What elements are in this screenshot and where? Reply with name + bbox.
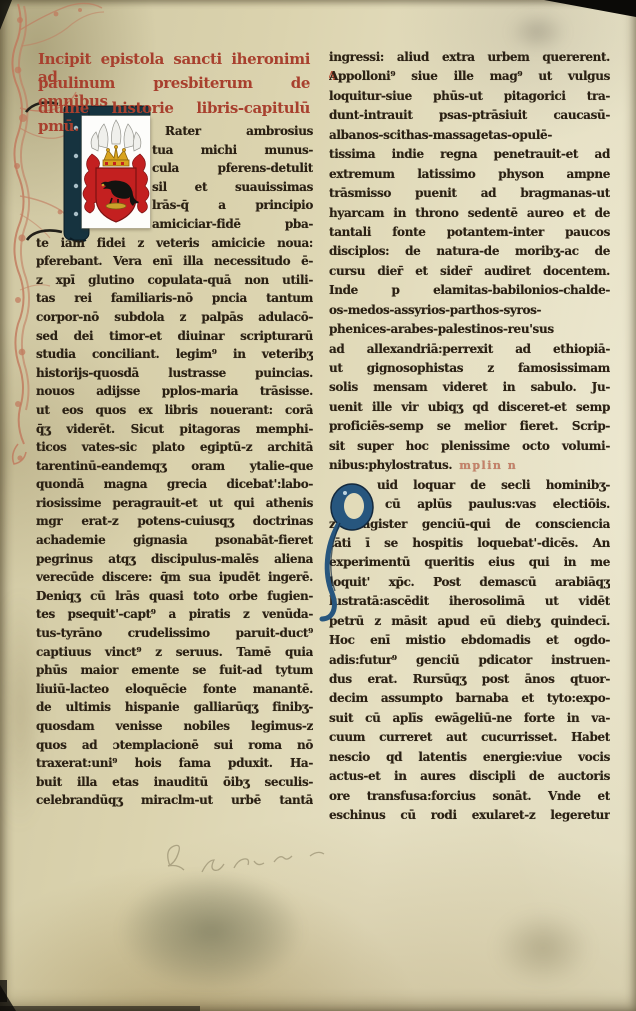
text-line: tes psequit'-capt⁹ a piratis z venūda- <box>36 607 313 626</box>
rubric-line: paulinum presbiterum de omnibus <box>38 74 310 98</box>
text-line: actus-et in aures discipli de auctoris <box>329 769 610 788</box>
text-line: quosdam venisse nobiles legimus-z <box>36 719 313 738</box>
text-line: cuum curreret aut cucurrisset. Habet <box>329 730 610 749</box>
text-line: tarentinū-eandemqʒ oram ytalie-que <box>36 459 313 478</box>
initial-q-dot <box>343 491 347 495</box>
text-line: cula pferens-detulit <box>36 161 313 180</box>
text-line: Appolloni⁹ siue ille mag⁹ ut vulgus <box>329 69 610 88</box>
left-edge-stain <box>0 560 50 860</box>
text-line: celebrandūqʒ miraclm-ut urbē tantā <box>36 793 313 812</box>
text-line: os-medos-assyrios-parthos-syros- <box>329 303 610 322</box>
text-line: achademie gignasia psonabāt-fieret <box>36 533 313 552</box>
text-line: traxerat:uni⁹ hois fama pduxit. Ha- <box>36 756 313 775</box>
illuminated-initial-q <box>318 481 382 631</box>
text-line: sit super hoc plenissime octo volumi- <box>329 439 610 458</box>
text-line: Inde p elamitas-babilonios-chalde- <box>329 283 610 302</box>
text-line: tus-tyrāno crudelissimo paruit-duct⁹ <box>36 626 313 645</box>
text-line: pegrinus atqʒ discipulus-malēs aliena <box>36 552 313 571</box>
text-line: suit cū aplīs ewāgeliū-ne forte in va- <box>329 711 610 730</box>
text-line: quos ad ɔtemplacionē sui roma nō <box>36 738 313 757</box>
text-line: tua michi munus- <box>36 143 313 162</box>
rubric-line: Incipit epistola sancti iheronimi ad <box>38 50 310 74</box>
initial-q-tail <box>322 525 338 619</box>
text-line: adis:futur⁹ genciū pdicator instruen- <box>329 653 610 672</box>
page-bottom-edge-shadow <box>0 1006 200 1011</box>
text-line: liuiū-lacteo eloquēcie fonte manantē. <box>36 682 313 701</box>
text-line: ad allexandriā:perrexit ad ethiopiā- <box>329 342 610 361</box>
text-line: phūs maior emente se fuit-ad tytum <box>36 663 313 682</box>
ink-smudge-stain <box>118 872 304 990</box>
text-line: pferebant. Vera enī illa necessitudo ē- <box>36 254 313 273</box>
bottom-right-stain <box>478 898 608 998</box>
text-line: de ultimis hispanie galliarūqʒ finibʒ- <box>36 700 313 719</box>
text-line: eschinus cū rodi exularet-z legeretur <box>329 808 610 827</box>
rubricator-note: mplin n <box>459 459 517 472</box>
text-line: buit illa etas inauditū ōibʒ seculis- <box>36 775 313 794</box>
text-line: ut eos quos ex libris nouerant: corā <box>36 403 313 422</box>
text-line: riosissime peragrauit-et ut qui athenis <box>36 496 313 515</box>
text-line: Deniqʒ cū lrās quasi toto orbe fugien- <box>36 589 313 608</box>
text-line: studia conciliant. legim⁹ in veteribʒ <box>36 347 313 366</box>
text-column-left: Rater ambrosiustua michi munus-cula pfer… <box>36 124 313 812</box>
text-line: lrās-q̄ a principio <box>36 198 313 217</box>
text-line: loquitur-siue phūs-ut pitagorici tra- <box>329 89 610 108</box>
rubric-incipit: Incipit epistola sancti iheronimi ad pau… <box>38 50 310 123</box>
text-line: amiciciar-fidē pba- <box>36 217 313 236</box>
text-line: corpor-nō subdola z palpās adulacō- <box>36 310 313 329</box>
text-line: sil et suauissimas <box>36 180 313 199</box>
text-line: cursu dier̄ et sider̄ audiret docentem. <box>329 264 610 283</box>
left-edge-dark-mark <box>0 980 7 1002</box>
text-line: quondā magna grecia dicebat':labo- <box>36 477 313 496</box>
text-line: Rater ambrosius <box>36 124 313 143</box>
text-line: ut gignosophistas z famosissimam <box>329 361 610 380</box>
text-line: z xpī glutino copulata-quā non utili- <box>36 273 313 292</box>
text-line: mgr erat-z potens-cuiusqʒ doctrinas <box>36 514 313 533</box>
text-line: captiuus vinct⁹ z seruus. Tamē quia <box>36 645 313 664</box>
manuscript-page: Incipit epistola sancti iheronimi ad pau… <box>0 0 636 1011</box>
text-line: tas rei familiaris-nō pncia tantum <box>36 291 313 310</box>
text-line: hyarcam in throno sedentē aureo et de <box>329 206 610 225</box>
text-line: trāsmisso puenit ad bragmanas-ut <box>329 186 610 205</box>
text-line: te iam fidei z veteris amicicie noua: <box>36 236 313 255</box>
text-line: nescio qd latentis energie:viue vocis <box>329 750 610 769</box>
text-line: dunt-intrauit psas-ptrāsiuit caucasū- <box>329 108 610 127</box>
text-line: proficiēs-semp se melior fieret. Scrip- <box>329 419 610 438</box>
text-line: q̄ʒ viderēt. Sicut pitagoras memphi- <box>36 422 313 441</box>
text-line: extremum latissimo physon ampne <box>329 167 610 186</box>
text-line: tantali fonte potantem-inter paucos <box>329 225 610 244</box>
text-line: nouos adijsse pplos-maria trāsisse. <box>36 384 313 403</box>
text-line: Hoc enī mistio ebdomadis et ogdo- <box>329 633 610 652</box>
text-line: sed dei timor-et diuinar scripturarū <box>36 329 313 348</box>
text-line: ticos vates-sic plato egiptū-z architā <box>36 440 313 459</box>
text-column-right: ingressi: aliud extra urbem quererent.Ap… <box>329 50 610 828</box>
text-line: solis mensam videret in sabulo. Ju- <box>329 380 610 399</box>
text-line: phenices-arabes-palestinos-reu'sus <box>329 322 610 341</box>
rubric-line: diuine historie libris-capitulū pmū. <box>38 99 310 123</box>
text-line: decim assumpto barnaba et tyto:expo- <box>329 691 610 710</box>
text-line: verecūde discere: q̄m sua ipudēt ingerē. <box>36 570 313 589</box>
top-grey-smudge <box>500 6 576 58</box>
text-line: disciplos: de natura-de moribʒ-ac de <box>329 244 610 263</box>
text-line: uenit ille vir ubiqʒ qd disceret-et semp <box>329 400 610 419</box>
text-line: albanos-scithas-massagetas-opulē- <box>329 128 610 147</box>
text-line: tissima indie regna penetrauit-et ad <box>329 147 610 166</box>
text-line: nibus:phylostratus.mplin n <box>329 458 610 477</box>
text-line: ore transfusa:forcius sonāt. Vnde et <box>329 789 610 808</box>
initial-q-counter <box>344 493 364 519</box>
text-line: dus erat. Rursūqʒ post ānos qtuor- <box>329 672 610 691</box>
text-line: historijs-quosdā lustrasse puincias. <box>36 366 313 385</box>
